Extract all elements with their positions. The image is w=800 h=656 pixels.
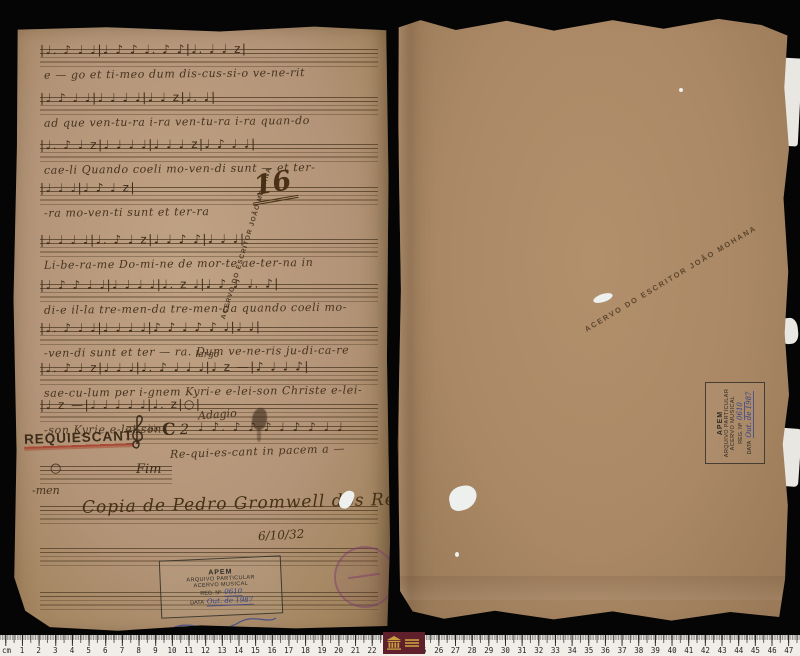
stamp-ink-line — [348, 573, 380, 579]
ruler-number: 5 — [86, 646, 91, 655]
music-system: |♩ ♩ ♩|♩ ♪ ♩ z|-ra mo-ven-ti sunt et ter… — [40, 179, 378, 223]
binding-spine — [397, 14, 415, 628]
ruler-number: 8 — [136, 646, 141, 655]
lyrics-line: Li-be-ra-me Do-mi-ne de mor-te ae-ter-na… — [44, 255, 382, 272]
stamp-reg-label: REG. Nº — [738, 423, 744, 444]
diagonal-collection-stamp: ACERVO DO ESCRITOR JOÃO MOHANA — [583, 249, 716, 334]
ruler-number: 15 — [251, 646, 260, 655]
ruler-number: 31 — [518, 646, 527, 655]
ruler-number: 11 — [184, 646, 193, 655]
paper-damage-spot — [679, 88, 683, 92]
ruler-number: 33 — [551, 646, 560, 655]
music-system: |♩ ♪ ♩ ♩|♩ ♩ ♩ ♩|♩ ♩ z|♩. ♩|ad que ven-t… — [40, 89, 378, 133]
manuscript-page: |♩. ♪ ♩ ♩|♩ ♪ ♪ ♩. ♪ ♪|♩. ♩ ♩ z|e — go e… — [12, 26, 390, 632]
ruler-number: 27 — [451, 646, 460, 655]
ruler-number: 32 — [534, 646, 543, 655]
tempo-marking: largo — [195, 350, 219, 360]
ruler-number: 7 — [120, 646, 125, 655]
ruler-unit-label: cm — [2, 646, 11, 655]
staff-notes: |♩. ♪ ♩ z|♩ ♩ ♩ ♩|♩ ♩ ♩ z|♩ ♪ ♩ ♩| — [40, 136, 378, 152]
ruler-number: 42 — [701, 646, 710, 655]
round-ink-stamp: · · · · — [334, 546, 396, 608]
paper-crease — [397, 576, 789, 600]
stamp-date-label: DATA — [190, 599, 204, 606]
ruler-number: 9 — [153, 646, 158, 655]
lyrics-line: e — go et ti-meo dum dis-cus-si-o ve-ne-… — [44, 65, 382, 82]
ruler-number: 21 — [351, 646, 360, 655]
ruler-number: 39 — [651, 646, 660, 655]
logo-text-lines — [405, 639, 419, 647]
building-icon — [386, 636, 402, 651]
ruler-number: 29 — [484, 646, 493, 655]
paper-damage-spot — [592, 291, 613, 305]
staff-notes: |♩ ♩ ♩ ♩|♩. ♪ ♩ z|♩ ♩ ♪ ♪|♩ ♩ ♩| — [40, 231, 378, 247]
ruler-number: 28 — [468, 646, 477, 655]
ruler-number: 47 — [784, 646, 793, 655]
lyrics-line: -men — [32, 484, 60, 497]
stamp-date-value: Out. de 1987 — [207, 595, 254, 606]
stamp-reg-value: 0610 — [736, 402, 745, 420]
music-system: |♩ ♪ ♪ ♩ ♩|♩ ♩ ♩ ♩|♩. z ♩|♩ ♪ ♪ ♩. ♪|di-… — [40, 276, 378, 320]
ruler-number: 3 — [53, 646, 58, 655]
paper-damage-spot — [447, 483, 479, 512]
ruler-number: 1 — [20, 646, 25, 655]
ruler-number: 45 — [751, 646, 760, 655]
stamp-illegible-text: · · · · — [344, 560, 363, 569]
ruler-number: 30 — [501, 646, 510, 655]
paper-damage-spot — [455, 552, 459, 557]
voice-count: 2 — [180, 422, 189, 438]
time-signature: C — [162, 420, 176, 440]
ruler-number: 26 — [434, 646, 443, 655]
ruler-number: 46 — [768, 646, 777, 655]
fim-label: Fim — [136, 462, 162, 477]
ruler-number: 14 — [234, 646, 243, 655]
ruler-number: 10 — [167, 646, 176, 655]
stamp-rotated-content: APEM ARQUIVO PARTICULAR ACERVO MUSICAL R… — [706, 383, 764, 463]
ruler-number: 34 — [568, 646, 577, 655]
ruler-number: 16 — [268, 646, 277, 655]
ruler-number: 20 — [334, 646, 343, 655]
ruler-number: 13 — [217, 646, 226, 655]
music-system: |♩ ♩ ♩ ♩|♩. ♪ ♩ z|♩ ♩ ♪ ♪|♩ ♩ ♩|Li-be-ra… — [40, 231, 378, 275]
whole-note: ○ — [50, 461, 61, 476]
stamp-org-name: APEM — [717, 411, 724, 435]
ruler-number: 4 — [70, 646, 75, 655]
staff-notes: |♩. ♪ ♩ ♩|♩ ♪ ♪ ♩. ♪ ♪|♩. ♩ ♩ z| — [40, 41, 378, 57]
lyrics-line: ad que ven-tu-ra i-ra ven-tu-ra i-ra qua… — [44, 113, 382, 130]
stamp-date-label: DATA — [747, 441, 753, 455]
apem-archive-stamp-rotated: APEM ARQUIVO PARTICULAR ACERVO MUSICAL R… — [705, 382, 765, 464]
stamp-reg-label: REG. Nº — [200, 589, 221, 596]
ruler-number: 41 — [684, 646, 693, 655]
key-signature: ♭♭ — [148, 422, 158, 435]
ruler-number: 36 — [601, 646, 610, 655]
ruler-number: 2 — [36, 646, 41, 655]
lyrics-line: di-e il-la tre-men-da tre-men-da quando … — [44, 300, 382, 317]
ruler-number: 38 — [634, 646, 643, 655]
section-title: REQUIESCANT — [24, 428, 134, 447]
ruler-number: 35 — [584, 646, 593, 655]
ruler-number: 22 — [368, 646, 377, 655]
staff-notes: |♩ ♩ ♩|♩ ♪ ♩ z| — [40, 179, 378, 195]
ruler-number: 6 — [103, 646, 108, 655]
stamp-date-value: Out. de 1987 — [745, 391, 754, 437]
staff-notes: ♩ ♪. ♪ ♪ ♪ ♩ ♪ ♪ ♩ ♩ — [198, 420, 345, 434]
date-inscription: 6/10/32 — [258, 527, 305, 543]
lyrics-line: cae-li Quando coeli mo-ven-di sunt — et … — [44, 160, 382, 177]
music-system: |♩. ♪ ♩ ♩|♩ ♪ ♪ ♩. ♪ ♪|♩. ♩ ♩ z|e — go e… — [40, 41, 378, 85]
staff-notes: |♩ ♪ ♩ ♩|♩ ♩ ♩ ♩|♩ ♩ z|♩. ♩| — [40, 89, 378, 105]
ruler-number: 40 — [668, 646, 677, 655]
ruler-number: 17 — [284, 646, 293, 655]
ruler-number: 19 — [318, 646, 327, 655]
ruler-number: 44 — [734, 646, 743, 655]
lyrics-line: -ra mo-ven-ti sunt et ter-ra — [44, 203, 382, 220]
staff-notes: |♩ ♪ ♪ ♩ ♩|♩ ♩ ♩ ♩|♩. z ♩|♩ ♪ ♪ ♩. ♪| — [40, 276, 378, 292]
measurement-ruler: cm 1234567891011121314151617181920212223… — [0, 635, 800, 656]
staff-notes: |♩. ♪ ♩ z|♩ ♩ ♩|♩. ♪ ♩ ♩ ♩|♩ z —|♪ ♩ ♩ ♪… — [40, 359, 378, 375]
staff-notes: |♩. ♪ ♩ ♩|♩ ♩ ♩ ♩|♪ ♪ ♩ ♪ ♪ ♩|♩ ♩| — [40, 319, 378, 335]
ruler-number: 37 — [618, 646, 627, 655]
cover-page: ACERVO DO ESCRITOR JOÃO MOHANA APEM ARQU… — [397, 14, 789, 628]
archive-logo — [383, 632, 425, 654]
music-system: |♩. ♪ ♩ z|♩ ♩ ♩ ♩|♩ ♩ ♩ z|♩ ♪ ♩ ♩|cae-li… — [40, 136, 378, 180]
scanned-manuscript: |♩. ♪ ♩ ♩|♩ ♪ ♪ ♩. ♪ ♪|♩. ♩ ♩ z|e — go e… — [0, 0, 800, 656]
ruler-number: 12 — [201, 646, 210, 655]
ruler-number: 18 — [301, 646, 310, 655]
treble-clef-icon — [128, 414, 146, 450]
ruler-number: 43 — [718, 646, 727, 655]
